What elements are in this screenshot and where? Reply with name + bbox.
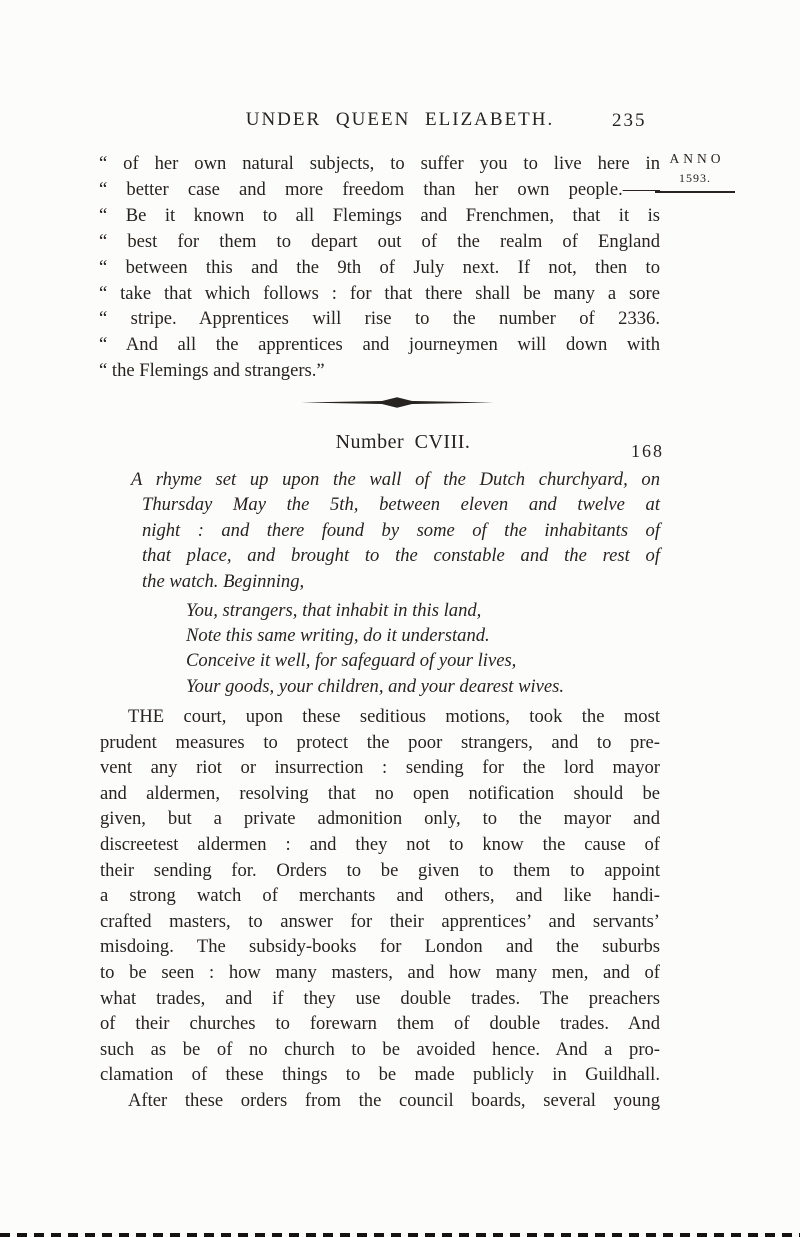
running-header-title: UNDER QUEEN ELIZABETH. (230, 109, 570, 131)
verse-line: Your goods, your children, and your dear… (186, 674, 564, 699)
quote-line: “ take that which follows : for that the… (99, 281, 660, 307)
quote-line: “ stripe. Apprentices will rise to the n… (99, 306, 660, 332)
body-line: clamation of these things to be made pub… (100, 1062, 660, 1088)
section-heading: Number CVIII. (100, 431, 660, 454)
body-line: vent any riot or insurrection : sending … (100, 755, 660, 781)
body-line: misdoing. The subsidy-books for London a… (100, 934, 660, 960)
body-line: and aldermen, resolving that no open not… (100, 781, 660, 807)
headnote-line: that place, and brought to the constable… (100, 543, 660, 568)
section-divider-ornament (300, 396, 495, 409)
margin-rule (655, 191, 735, 193)
anno-label: ANNO (655, 151, 735, 166)
page-number: 235 (612, 110, 647, 132)
book-page: UNDER QUEEN ELIZABETH. 235 ANNO 1593. “ … (0, 0, 800, 1237)
quote-line: “ the Flemings and strangers.” (99, 358, 660, 384)
scan-edge-artifact (0, 1233, 800, 1237)
body-line: their sending for. Orders to be given to… (100, 858, 660, 884)
body-text: THE court, upon these seditious motions,… (100, 704, 660, 1114)
quote-line: “ of her own natural subjects, to suffer… (99, 151, 660, 177)
body-line: of their churches to forewarn them of do… (100, 1011, 660, 1037)
quoted-proclamation: “ of her own natural subjects, to suffer… (99, 151, 660, 384)
verse: You, strangers, that inhabit in this lan… (186, 598, 564, 699)
quote-line: “ between this and the 9th of July next.… (99, 255, 660, 281)
quote-line: “ best for them to depart out of the rea… (99, 229, 660, 255)
body-line: such as be of no church to be avoided he… (100, 1037, 660, 1063)
body-line: After these orders from the council boar… (100, 1088, 660, 1114)
headnote-line: the watch. Beginning, (100, 569, 660, 594)
headnote: A rhyme set up upon the wall of the Dutc… (100, 467, 660, 594)
verse-line: Note this same writing, do it understand… (186, 623, 564, 648)
headnote-line: Thursday May the 5th, between eleven and… (100, 492, 660, 517)
verse-line: You, strangers, that inhabit in this lan… (186, 598, 564, 623)
body-line: to be seen : how many masters, and how m… (100, 960, 660, 986)
body-line: prudent measures to protect the poor str… (100, 730, 660, 756)
quote-line: “ Be it known to all Flemings and French… (99, 203, 660, 229)
margin-note-anno: ANNO 1593. (655, 151, 735, 193)
quote-line: “ better case and more freedom than her … (99, 177, 660, 203)
body-line: a strong watch of merchants and others, … (100, 883, 660, 909)
margin-item-number: 168 (631, 441, 664, 462)
divider-rule-icon (300, 396, 495, 409)
body-line: discreetest aldermen : and they not to k… (100, 832, 660, 858)
anno-year: 1593. (655, 171, 735, 185)
body-line: crafted masters, to answer for their app… (100, 909, 660, 935)
quote-line: “ And all the apprentices and journeymen… (99, 332, 660, 358)
headnote-line: night : and there found by some of the i… (100, 518, 660, 543)
body-line: THE court, upon these seditious motions,… (100, 704, 660, 730)
body-line: what trades, and if they use double trad… (100, 986, 660, 1012)
body-line: given, but a private admonition only, to… (100, 806, 660, 832)
headnote-line: A rhyme set up upon the wall of the Dutc… (100, 467, 660, 492)
verse-line: Conceive it well, for safeguard of your … (186, 648, 564, 673)
